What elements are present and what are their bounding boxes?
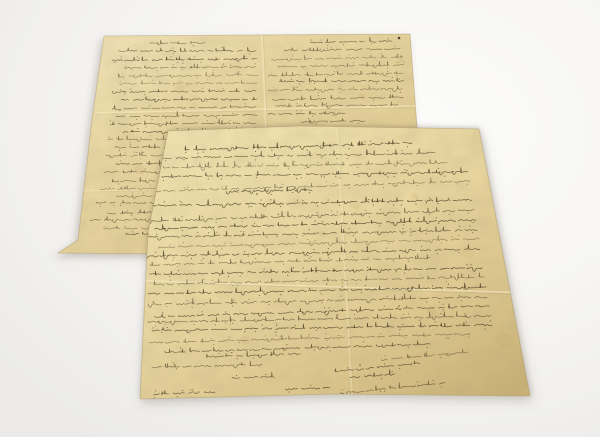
ink-blot [398,37,401,40]
manuscript-photo [0,0,600,437]
letter-sheet-front [140,126,530,399]
product-photo [0,0,600,437]
paper-texture-front [140,126,530,399]
